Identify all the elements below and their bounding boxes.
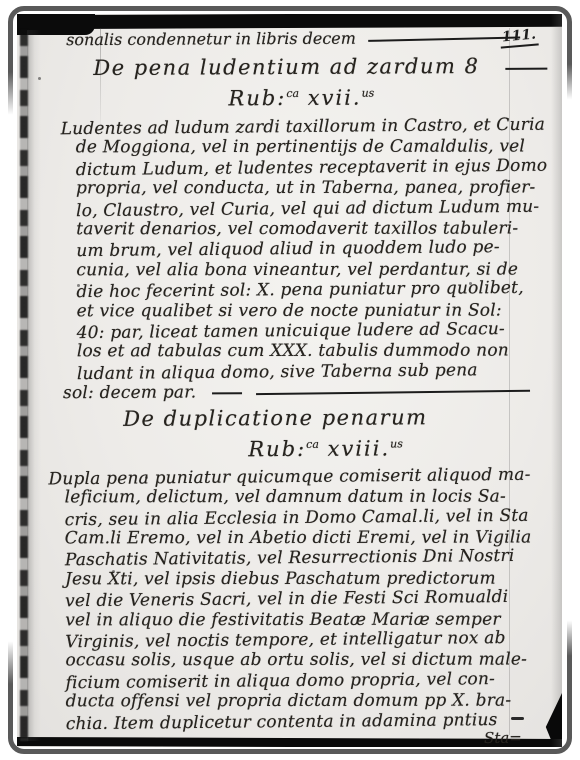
- scanned-manuscript-page: 111. sonalis condennetur in libris decem…: [0, 0, 580, 760]
- frame-fade-right: [563, 64, 577, 656]
- section1-rubric: Rub:ca xvii.us: [228, 80, 547, 112]
- manuscript-line: vel in aliquo die festivitatis Beatæ Mar…: [65, 609, 550, 630]
- section1-heading-dash: [505, 67, 547, 69]
- opening-line-row: sonalis condennetur in libris decem: [66, 27, 547, 52]
- manuscript-line: los et ad tabulas cum XXX. tabulis dummo…: [77, 341, 549, 362]
- opening-line-text: sonalis condennetur in libris decem: [66, 28, 356, 52]
- section1-heading: De pena ludentium ad zardum 8: [93, 53, 479, 82]
- rubric2-sup1: ca: [306, 438, 319, 451]
- section1-paragraph: Ludentes ad ludum zardi taxillorum in Ca…: [28, 116, 549, 404]
- manuscript-line: Paschatis Nativitatis, vel Resurrectioni…: [65, 546, 550, 571]
- section2-heading: De duplicatione penarum: [123, 403, 549, 432]
- rubric2-sup2: us: [390, 437, 403, 450]
- page-right-shadow: [551, 14, 562, 747]
- closing-dash: [212, 393, 242, 395]
- manuscript-line: propria, vel conducta, ut in Taberna, pa…: [76, 178, 548, 199]
- manuscript-line: leficium, delictum, vel damnum datum in …: [65, 487, 550, 508]
- manuscript-line: occasu solis, usque ab ortu solis, vel s…: [65, 650, 550, 671]
- frame-fade-left: [5, 72, 17, 684]
- manuscript-line: Jesu Xti, vel ipsis diebus Paschatum pre…: [65, 568, 550, 589]
- rubric1-sup2: us: [362, 87, 375, 100]
- manuscript-line: sol: decem par.: [63, 383, 196, 404]
- manuscript-line: vel die Veneris Sacri, vel in die Festi …: [65, 587, 550, 612]
- rubric1-number: xvii.: [308, 86, 362, 110]
- manuscript-line: chia. Item duplicetur contenta in adamin…: [66, 709, 551, 734]
- opening-line-rule: [368, 36, 520, 41]
- section1-closing-row: sol: decem par.: [63, 381, 549, 404]
- manuscript-line: lo, Claustro, vel Curia, vel qui ad dict…: [76, 196, 548, 221]
- manuscript-line: cris, seu in alia Ecclesia in Domo Camal…: [65, 505, 550, 530]
- section2-rubric: Rub:ca xviii.us: [248, 430, 549, 462]
- manuscript-line: ducta offensi vel propria dictam domum p…: [66, 691, 551, 712]
- section2-paragraph: Dupla pena puniatur quicumque comiserit …: [29, 465, 550, 733]
- manuscript-line: ludant in aliqua domo, sive Taberna sub …: [77, 359, 549, 384]
- manuscript-photo: 111. sonalis condennetur in libris decem…: [17, 14, 562, 747]
- closing-rule: [256, 390, 530, 395]
- section1-heading-row: De pena ludentium ad zardum 8: [93, 53, 547, 82]
- rubric2-number: xviii.: [328, 436, 391, 460]
- manuscript-line: de Moggiona, vel in pertinentijs de Cama…: [76, 137, 548, 158]
- rubric1-sup1: ca: [286, 87, 299, 100]
- rubric2-prefix: Rub:: [248, 437, 306, 461]
- manuscript-line: die hoc fecerint sol: X. pena puniatur p…: [76, 278, 548, 303]
- rubric1-prefix: Rub:: [228, 86, 286, 110]
- manuscript-text: sonalis condennetur in libris decem De p…: [27, 23, 551, 747]
- manuscript-line: um brum, vel aliquod aliud in quoddem lu…: [76, 237, 548, 262]
- manuscript-line: et vice qualibet si vero de nocte puniat…: [77, 300, 549, 321]
